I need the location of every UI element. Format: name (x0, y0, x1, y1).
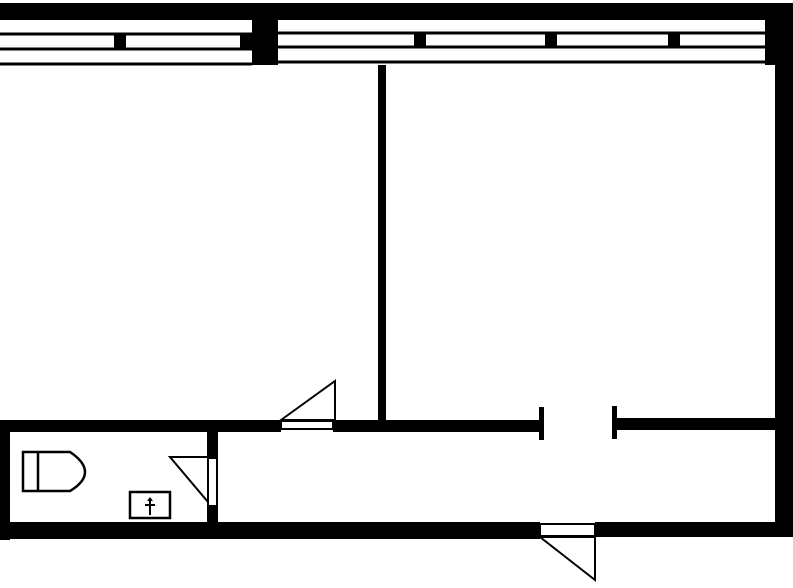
window-right (278, 20, 775, 65)
opening-jamb-right (612, 406, 617, 439)
right-wall-top (765, 3, 793, 65)
opening-jamb-left (539, 407, 544, 440)
floor-plan (0, 0, 793, 588)
room-corridor-wall (0, 420, 281, 432)
window-mullion (240, 34, 280, 49)
bottom-wall (0, 522, 540, 539)
window-mullion (545, 33, 557, 47)
room-divider-wall (378, 65, 386, 425)
right-wall (775, 3, 793, 525)
window-left (0, 20, 280, 65)
toilet-icon (23, 452, 85, 491)
window-mullion (414, 33, 426, 47)
bottom-wall (595, 522, 793, 537)
room-corridor-wall (333, 420, 541, 432)
window-mullion (114, 34, 126, 49)
background (0, 0, 793, 588)
top-wall (0, 3, 793, 20)
window-mullion (668, 33, 680, 47)
room-corridor-wall (617, 418, 779, 430)
sink-icon (130, 492, 170, 518)
